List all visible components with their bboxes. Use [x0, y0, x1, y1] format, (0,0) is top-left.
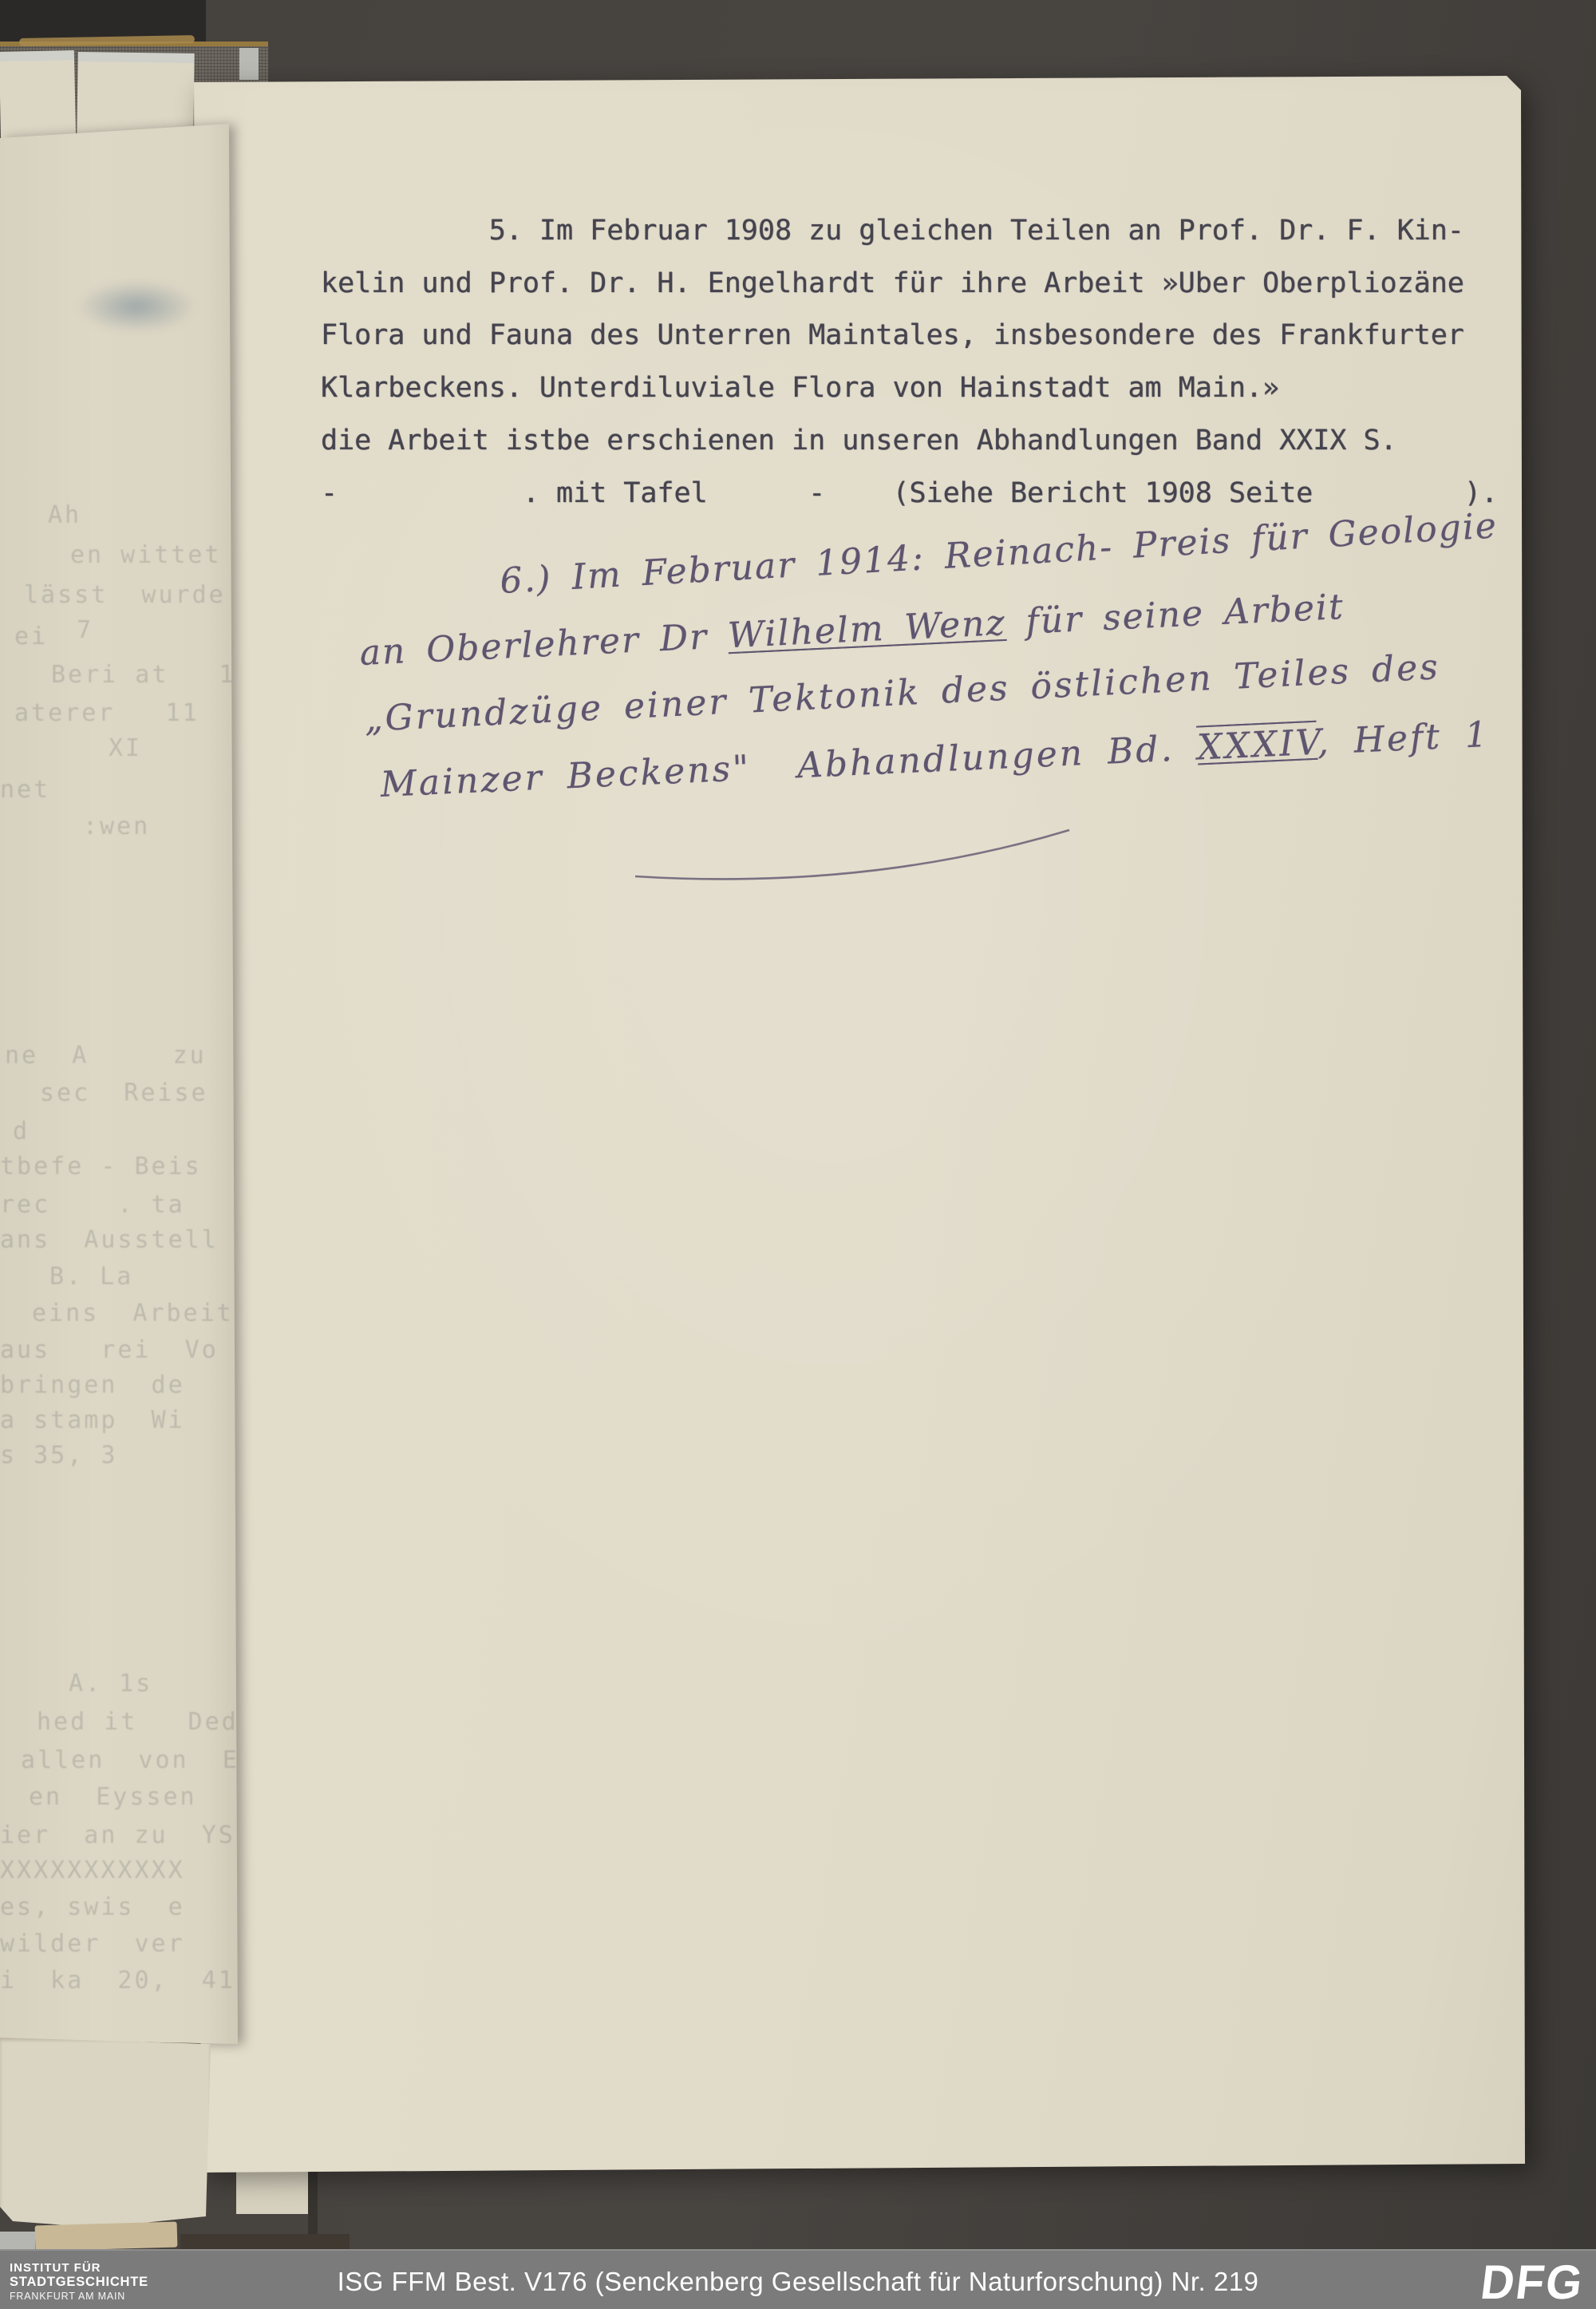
ghost-text-fragment: ier an zu YS — [0, 1821, 235, 1849]
institute-logo-line: STADTGESCHICHTE — [10, 2275, 148, 2289]
ghost-text-fragment: eins Arbeit — [32, 1299, 234, 1327]
ghost-text-fragment: aterer 11 — [14, 699, 199, 727]
ghost-text-fragment: en wittet w — [70, 541, 238, 569]
institute-logo-line: INSTITUT FÜR — [10, 2262, 148, 2274]
ghost-text-fragment: rec . ta — [0, 1191, 185, 1219]
paper-scrap-tan — [35, 2222, 178, 2252]
scanned-document-view: 5. Im Februar 1908 zu gleichen Teilen an… — [0, 0, 1596, 2309]
ghost-text-fragment: d — [13, 1117, 30, 1145]
ghost-text-fragment: ei — [14, 623, 48, 650]
ghost-text-fragment: :wen — [83, 812, 150, 840]
ghost-text-fragment: A. 1s — [69, 1670, 152, 1698]
dfg-logo: DFG — [1477, 2255, 1586, 2309]
ghost-text-fragment: tbefe - Beis — [0, 1153, 202, 1180]
underlying-page-strip: Ahen wittet wlässt wurde7eiBeri at 1902a… — [0, 124, 238, 2044]
ghost-text-fragment: Ah — [48, 501, 81, 529]
ghost-text-fragment: 7 — [77, 616, 93, 644]
ghost-text-fragment: Beri at 1902 — [51, 661, 238, 689]
ghost-text-fragment: wilder ver — [0, 1930, 185, 1958]
ghost-text-fragment: net — [0, 776, 50, 804]
underlying-page-stack-wrap: Ahen wittet wlässt wurde7eiBeri at 1902a… — [0, 0, 1596, 2309]
ghost-text-fragment: es, swis e — [0, 1893, 185, 1921]
ghost-text-fragment: ans Ausstell — [0, 1226, 219, 1254]
ghost-text-fragment: sec Reise eg — [40, 1079, 238, 1107]
ghost-text-fragment: bringen de — [0, 1371, 185, 1399]
ghost-text-fragment: hed it Dedn — [37, 1708, 238, 1736]
ghost-text-fragment: ne A zu — [5, 1042, 207, 1069]
ink-smudge — [77, 280, 196, 333]
ghost-text-fragment: s 35, 3 — [0, 1441, 117, 1469]
archive-reference-caption: ISG FFM Best. V176 (Senckenberg Gesellsc… — [338, 2267, 1259, 2297]
institute-logo-line: FRANKFURT AM MAIN — [10, 2291, 148, 2302]
ghost-text-fragment: XXXXXXXXXXX — [0, 1856, 185, 1884]
paper-scrap-gray — [0, 2232, 35, 2251]
ghost-text-fragment: aus rei Vo — [0, 1336, 219, 1364]
ghost-text-fragment: en Eyssen — [29, 1783, 197, 1811]
institute-logo: INSTITUT FÜR STADTGESCHICHTE FRANKFURT A… — [10, 2262, 148, 2301]
ghost-text-fragment: XI — [109, 734, 142, 762]
ghost-text-fragment: i ka 20, 41 — [0, 1967, 235, 1995]
ghost-text-fragment: allen von Er — [21, 1746, 238, 1774]
ghost-text-fragment: B. La — [49, 1263, 133, 1291]
ghost-text-fragment: lässt wurde — [24, 581, 226, 609]
footer-bar: INSTITUT FÜR STADTGESCHICHTE FRANKFURT A… — [0, 2249, 1596, 2309]
ghost-text-fragment: a stamp Wi — [0, 1406, 185, 1434]
underlying-sheet-bottom — [0, 2038, 211, 2229]
